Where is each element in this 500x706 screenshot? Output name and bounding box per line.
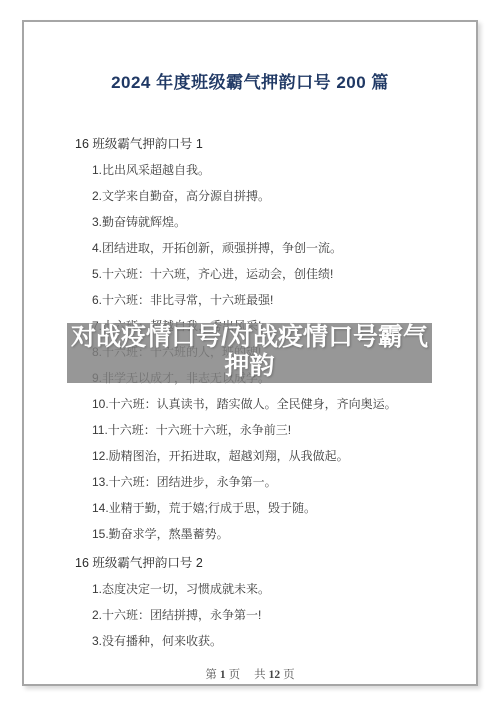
list-item: 2.十六班：团结拼搏，永争第一! xyxy=(92,609,476,622)
list-item: 11.十六班：十六班十六班，永争前三! xyxy=(92,424,476,437)
section-heading-2: 16 班级霸气押韵口号 2 xyxy=(75,557,476,570)
list-item: 12.励精图治，开拓进取，超越刘翔，从我做起。 xyxy=(92,450,476,463)
footer-total-number: 12 xyxy=(269,669,281,681)
list-item: 1.比出风采超越自我。 xyxy=(92,164,476,177)
footer-total-prefix: 共 xyxy=(254,669,266,681)
list-item: 14.业精于勤，荒于嬉;行成于思，毁于随。 xyxy=(92,502,476,515)
watermark-banner: 对战疫情口号/对战疫情口号霸气押韵 xyxy=(67,323,432,383)
list-item: 3.勤奋铸就辉煌。 xyxy=(92,216,476,229)
page-title: 2024 年度班级霸气押韵口号 200 篇 xyxy=(24,22,476,90)
section-heading-1: 16 班级霸气押韵口号 1 xyxy=(75,138,476,151)
list-item: 6.十六班：非比寻常，十六班最强! xyxy=(92,294,476,307)
footer-page-label: 页 xyxy=(229,669,241,681)
list-item: 5.十六班：十六班，齐心进，运动会，创佳绩! xyxy=(92,268,476,281)
list-item: 2.文学来自勤奋，高分源自拼搏。 xyxy=(92,190,476,203)
list-item: 4.团结进取，开拓创新，顽强拼搏，争创一流。 xyxy=(92,242,476,255)
footer-total-label: 页 xyxy=(283,669,295,681)
footer-page-number: 1 xyxy=(220,669,226,681)
footer-page-prefix: 第 xyxy=(205,669,217,681)
list-item: 1.态度决定一切，习惯成就未来。 xyxy=(92,583,476,596)
list-item: 10.十六班：认真读书，踏实做人。全民健身，齐向奥运。 xyxy=(92,398,476,411)
list-item: 13.十六班：团结进步，永争第一。 xyxy=(92,476,476,489)
list-item: 15.勤奋求学，熬墨蓄势。 xyxy=(92,528,476,541)
list-item: 3.没有播种，何来收获。 xyxy=(92,635,476,648)
page-footer: 第1页共12页 xyxy=(24,666,476,682)
